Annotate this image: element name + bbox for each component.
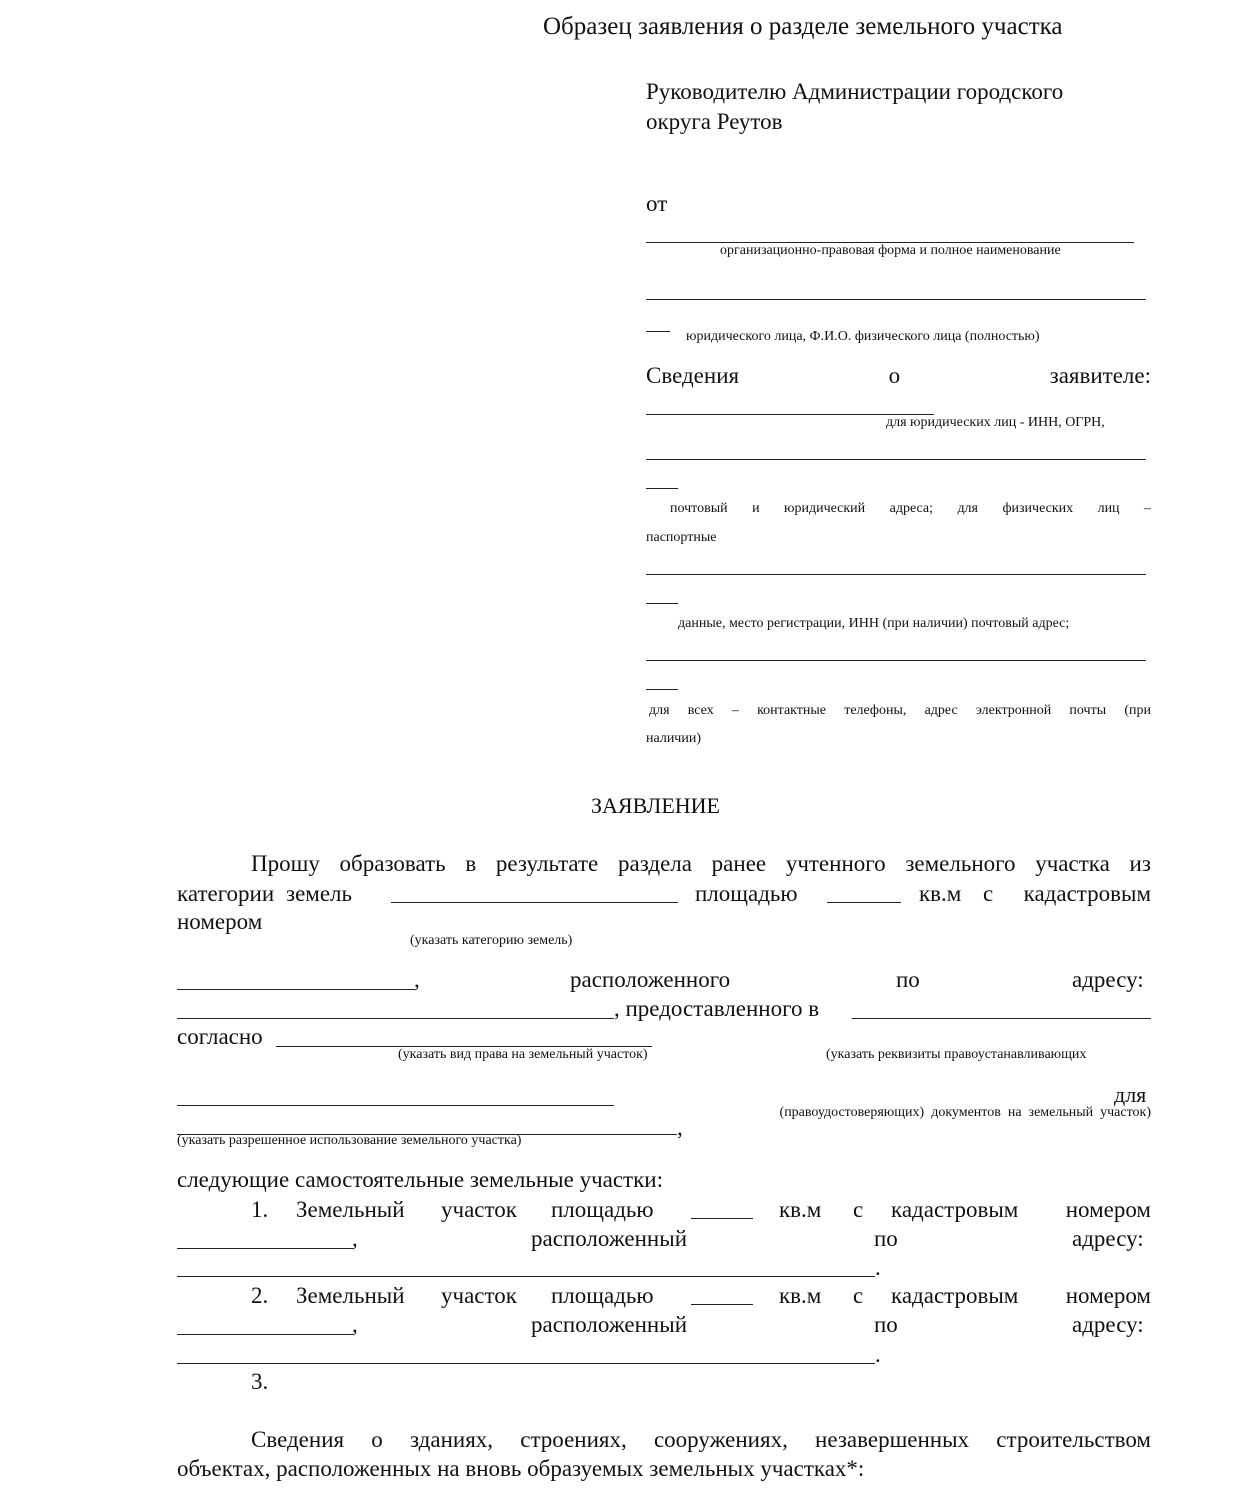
word: Прошу — [251, 850, 320, 878]
cadastral-number-field[interactable] — [177, 989, 415, 990]
hint-address: почтовыйиюридическийадреса;дляфизических… — [670, 500, 1151, 518]
word: почтовый — [670, 500, 728, 518]
comma: , — [352, 1311, 358, 1339]
address-word: адресу: — [1072, 1225, 1144, 1253]
word: юридический — [784, 500, 865, 518]
plot-3-number: 3. — [251, 1368, 268, 1396]
plot-number: 2. — [251, 1282, 268, 1310]
word: и — [752, 500, 760, 518]
word: для — [649, 702, 670, 720]
word: участка — [1035, 850, 1110, 878]
plot-word: площадью — [551, 1196, 654, 1224]
provided-in-text: , предоставленного в — [614, 995, 819, 1023]
statement-heading: ЗАЯВЛЕНИЕ — [591, 792, 720, 820]
plot-word: кв.м — [779, 1196, 821, 1224]
buildings-line-1: Сведенияозданиях,строениях,сооружениях,н… — [251, 1426, 1151, 1454]
from-name-field-2-cont — [646, 331, 670, 332]
addressee-line-1: Руководителю Администрации городского — [646, 78, 1063, 106]
p1-word: площадью — [695, 880, 798, 908]
comma: , — [414, 966, 420, 994]
hint-legal: для юридических лиц - ИНН, ОГРН, — [886, 414, 1105, 432]
plot-word: номером — [1066, 1282, 1151, 1310]
plot-1-area-field[interactable] — [691, 1218, 753, 1219]
located-word: расположенный — [531, 1311, 687, 1339]
word: незавершенных — [815, 1426, 969, 1454]
applicant-info-heading: Сведения о заявителе: — [646, 362, 1151, 390]
by-word: по — [874, 1311, 898, 1339]
plot-word: кадастровым — [891, 1282, 1018, 1310]
hint-right-kind: (указать вид права на земельный участок) — [398, 1046, 648, 1064]
word: из — [1130, 850, 1151, 878]
comma: , — [677, 1114, 683, 1142]
word: адреса; — [890, 500, 933, 518]
applicant-word-1: Сведения — [646, 362, 739, 390]
word: учтенного — [786, 850, 886, 878]
hint-all: длявсех–контактныетелефоны,адресэлектрон… — [649, 702, 1151, 720]
hint-all-end: наличии) — [646, 730, 701, 748]
requisites-field[interactable] — [177, 1105, 614, 1106]
plot-2-cadastral-field[interactable] — [177, 1334, 353, 1335]
applicant-info-field-4[interactable] — [646, 660, 1146, 661]
applicant-word-2: о — [889, 362, 901, 390]
applicant-info-field-4-cont — [646, 689, 678, 690]
word: электронной — [976, 702, 1051, 720]
word: строительством — [996, 1426, 1151, 1454]
p1-word: с — [983, 880, 993, 908]
p1-word: земель — [286, 880, 352, 908]
comma: , — [352, 1225, 358, 1253]
plot-word: кв.м — [779, 1282, 821, 1310]
plot-1-cadastral-field[interactable] — [177, 1248, 353, 1249]
land-category-field[interactable] — [391, 902, 678, 903]
word: лиц — [1098, 500, 1120, 518]
located-word: расположенного — [570, 966, 730, 994]
p1-line-1: Прошуобразоватьврезультатеразделаранееуч… — [251, 850, 1151, 878]
plot-1-address-field[interactable] — [177, 1276, 875, 1277]
word: почты — [1069, 702, 1106, 720]
hint-passport: паспортные — [646, 529, 716, 547]
p1-word: категории — [177, 880, 274, 908]
plot-2-area-field[interactable] — [691, 1304, 753, 1305]
plot-word: участок — [441, 1282, 517, 1310]
from-hint-1: организационно-правовая форма и полное н… — [720, 242, 1061, 260]
plot-2-address-field[interactable] — [177, 1363, 875, 1364]
hint-docs: (правоудостоверяющих) документов на земе… — [696, 1104, 1151, 1122]
word: – — [732, 702, 739, 720]
word: телефоны, — [844, 702, 906, 720]
plot-word: кадастровым — [891, 1196, 1018, 1224]
plot-word: номером — [1066, 1196, 1151, 1224]
word: результате — [496, 850, 598, 878]
following-plots-label: следующие самостоятельные земельные учас… — [177, 1166, 663, 1194]
plot-1-line-1: 1. Земельный участок площадью кв.м с кад… — [251, 1196, 1151, 1224]
from-name-field-2[interactable] — [646, 299, 1146, 300]
hint-category: (указать категорию земель) — [410, 932, 572, 950]
plot-word: Земельный — [296, 1282, 405, 1310]
area-field[interactable] — [827, 902, 901, 903]
word: в — [465, 850, 476, 878]
word: раздела — [618, 850, 692, 878]
word: зданиях, — [410, 1426, 493, 1454]
by-word: по — [874, 1225, 898, 1253]
located-word: расположенный — [531, 1225, 687, 1253]
buildings-line-2: объектах, расположенных на вновь образуе… — [177, 1455, 864, 1483]
applicant-info-field-3[interactable] — [646, 574, 1146, 575]
hint-permitted: (указать разрешенное использование земел… — [177, 1132, 521, 1150]
p1-line-2: категории земель площадью кв.м с кадастр… — [177, 880, 1151, 908]
hint-data: данные, место регистрации, ИНН (при нали… — [678, 615, 1069, 633]
by-word: по — [896, 966, 920, 994]
p1-line-3: номером — [177, 908, 262, 936]
word: ранее — [712, 850, 766, 878]
word: физических — [1002, 500, 1073, 518]
plot-number: 1. — [251, 1196, 268, 1224]
word: о — [371, 1426, 383, 1454]
address-field[interactable] — [177, 1018, 614, 1019]
applicant-info-field-2-cont — [646, 488, 678, 489]
plot-word: Земельный — [296, 1196, 405, 1224]
hint-requisites: (указать реквизиты правоустанавливающих — [826, 1046, 1086, 1064]
word: – — [1144, 500, 1151, 518]
period: . — [875, 1254, 881, 1282]
word: всех — [688, 702, 714, 720]
plot-word: с — [853, 1282, 863, 1310]
plot-2-line-1: 2. Земельный участок площадью кв.м с кад… — [251, 1282, 1151, 1310]
word: адрес — [925, 702, 958, 720]
address-word: адресу: — [1072, 966, 1144, 994]
from-label: от — [646, 190, 667, 218]
plot-word: с — [853, 1196, 863, 1224]
plot-word: участок — [441, 1196, 517, 1224]
word: для — [957, 500, 978, 518]
word: земельного — [905, 850, 1015, 878]
period: . — [875, 1341, 881, 1369]
applicant-word-3: заявителе: — [1050, 362, 1151, 390]
plot-word: площадью — [551, 1282, 654, 1310]
addressee-line-2: округа Реутов — [646, 108, 783, 136]
word: строениях, — [520, 1426, 626, 1454]
word: Сведения — [251, 1426, 344, 1454]
document-title: Образец заявления о разделе земельного у… — [543, 12, 1062, 42]
according-label: согласно — [177, 1023, 263, 1051]
word: контактные — [757, 702, 826, 720]
p1-word: кв.м — [919, 880, 961, 908]
provided-in-field[interactable] — [852, 1018, 1151, 1019]
word: (при — [1124, 702, 1151, 720]
p1-word: кадастровым — [1024, 880, 1151, 908]
applicant-info-field-2[interactable] — [646, 459, 1146, 460]
from-hint-2: юридического лица, Ф.И.О. физического ли… — [686, 328, 1040, 346]
word: образовать — [340, 850, 446, 878]
word: сооружениях, — [654, 1426, 788, 1454]
address-word: адресу: — [1072, 1311, 1144, 1339]
applicant-info-field-3-cont — [646, 603, 678, 604]
